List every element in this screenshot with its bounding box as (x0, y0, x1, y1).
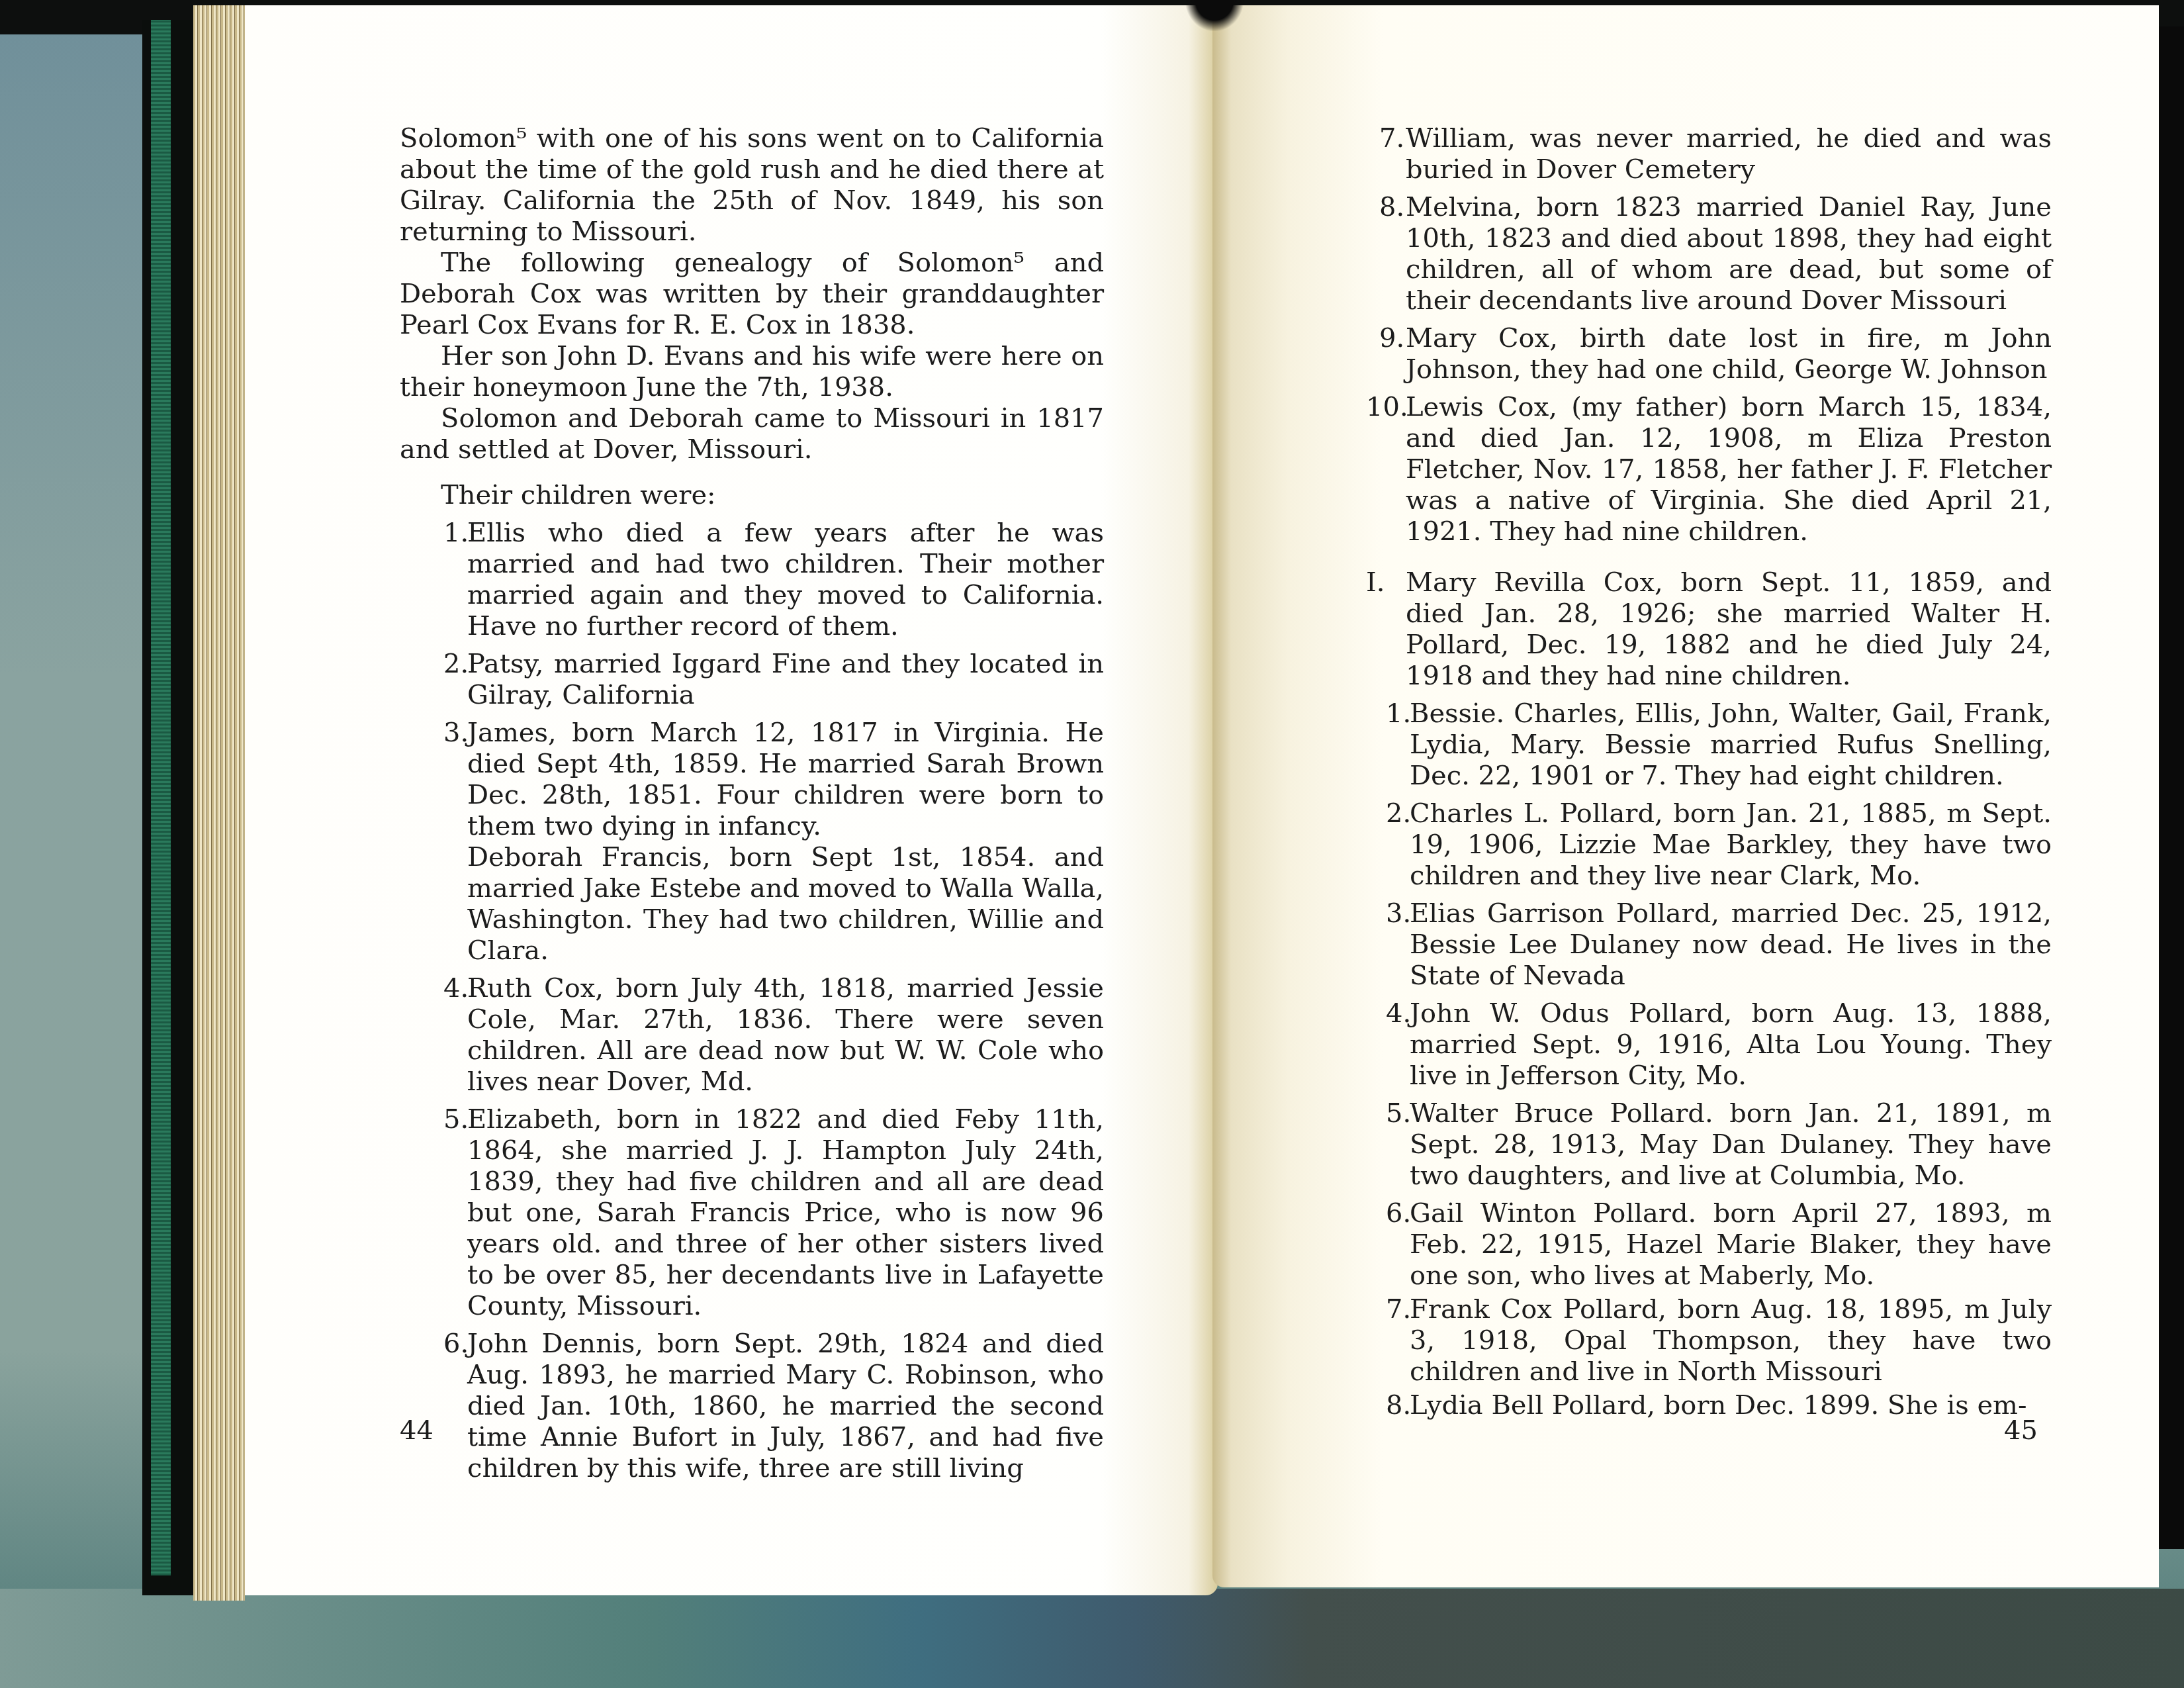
item-text: Mary Cox, birth date lost in fire, m Joh… (1406, 323, 2052, 385)
item-number: 6. (443, 1329, 469, 1360)
page-number: 45 (2004, 1415, 2038, 1446)
section-entry: I. Mary Revilla Cox, born Sept. 11, 1859… (1366, 567, 2052, 692)
item-number: 5. (1386, 1098, 1411, 1129)
intro-paragraph-3: Her son John D. Evans and his wife were … (400, 341, 1104, 403)
children-list-continued: 7. William, was never married, he died a… (1366, 123, 2052, 547)
list-item: 3. Elias Garrison Pollard, married Dec. … (1386, 898, 2052, 992)
book-gutter-shadow (1185, 0, 1244, 32)
left-page-text: Solomon⁵ with one of his sons went on to… (400, 123, 1104, 1484)
item-text: Patsy, married Iggard Fine and they loca… (467, 649, 1104, 711)
item-number: 3. (1386, 898, 1411, 929)
item-text: Elizabeth, born in 1822 and died Feby 11… (467, 1104, 1104, 1322)
item-text: James, born March 12, 1817 in Virginia. … (467, 718, 1104, 842)
left-page: Solomon⁵ with one of his sons went on to… (245, 5, 1218, 1595)
item-number: 4. (443, 973, 469, 1004)
item-number: 8. (1386, 1390, 1411, 1421)
right-page: 7. William, was never married, he died a… (1212, 5, 2159, 1587)
item-sub-paragraph: Deborah Francis, born Sept 1st, 1854. an… (467, 842, 1104, 966)
item-text: Charles L. Pollard, born Jan. 21, 1885, … (1410, 798, 2052, 892)
page-stack-edge (193, 5, 245, 1601)
list-item: 4. Ruth Cox, born July 4th, 1818, marrie… (443, 973, 1104, 1098)
item-text: John Dennis, born Sept. 29th, 1824 and d… (467, 1329, 1104, 1484)
list-item: 6. Gail Winton Pollard. born April 27, 1… (1386, 1198, 2052, 1291)
item-number: 1. (1386, 698, 1411, 729)
item-text: Elias Garrison Pollard, married Dec. 25,… (1410, 898, 2052, 992)
item-number: 2. (443, 649, 469, 680)
item-text: Gail Winton Pollard. born April 27, 1893… (1410, 1198, 2052, 1291)
item-text: William, was never married, he died and … (1406, 123, 2052, 185)
item-text: Lydia Bell Pollard, born Dec. 1899. She … (1410, 1390, 2052, 1421)
item-number: 2. (1386, 798, 1411, 829)
item-text: Bessie. Charles, Ellis, John, Walter, Ga… (1410, 698, 2052, 792)
item-text: Walter Bruce Pollard. born Jan. 21, 1891… (1410, 1098, 2052, 1192)
children-heading: Their children were: (400, 480, 1104, 511)
item-number: 10. (1366, 392, 1408, 423)
list-item: 1. Ellis who died a few years after he w… (443, 518, 1104, 642)
list-item: 8. Melvina, born 1823 married Daniel Ray… (1366, 192, 2052, 316)
item-text: Ruth Cox, born July 4th, 1818, married J… (467, 973, 1104, 1098)
list-item: 5. Walter Bruce Pollard. born Jan. 21, 1… (1386, 1098, 2052, 1192)
list-item: 1. Bessie. Charles, Ellis, John, Walter,… (1386, 698, 2052, 792)
item-number: 1. (443, 518, 469, 549)
item-number: 4. (1386, 998, 1411, 1029)
scanner-background-bottom (0, 1589, 2184, 1688)
list-item: 7. William, was never married, he died a… (1366, 123, 2052, 185)
page-number: 44 (400, 1415, 433, 1446)
list-item: 4. John W. Odus Pollard, born Aug. 13, 1… (1386, 998, 2052, 1092)
item-number: 3. (443, 718, 469, 749)
section-numeral: I. (1366, 567, 1385, 598)
grandchildren-list: 1. Bessie. Charles, Ellis, John, Walter,… (1366, 698, 2052, 1421)
list-item: 8. Lydia Bell Pollard, born Dec. 1899. S… (1386, 1390, 2052, 1421)
list-item: 6. John Dennis, born Sept. 29th, 1824 an… (443, 1329, 1104, 1484)
item-number: 5. (443, 1104, 469, 1135)
intro-paragraph-4: Solomon and Deborah came to Missouri in … (400, 403, 1104, 465)
book-spine-green-cloth (151, 20, 171, 1575)
item-number: 9. (1379, 323, 1404, 354)
right-page-text: 7. William, was never married, he died a… (1366, 123, 2052, 1421)
intro-paragraph-2: The following genealogy of Solomon⁵ and … (400, 248, 1104, 341)
list-item: 2. Patsy, married Iggard Fine and they l… (443, 649, 1104, 711)
item-text: Frank Cox Pollard, born Aug. 18, 1895, m… (1410, 1294, 2052, 1387)
item-text: John W. Odus Pollard, born Aug. 13, 1888… (1410, 998, 2052, 1092)
item-number: 8. (1379, 192, 1404, 223)
item-number: 6. (1386, 1198, 1411, 1229)
section-text: Mary Revilla Cox, born Sept. 11, 1859, a… (1395, 567, 2052, 692)
children-list: 1. Ellis who died a few years after he w… (400, 518, 1104, 1484)
item-number: 7. (1386, 1294, 1411, 1325)
intro-paragraph-1: Solomon⁵ with one of his sons went on to… (400, 123, 1104, 248)
item-text: Lewis Cox, (my father) born March 15, 18… (1406, 392, 2052, 547)
list-item: 5. Elizabeth, born in 1822 and died Feby… (443, 1104, 1104, 1322)
list-item: 7. Frank Cox Pollard, born Aug. 18, 1895… (1386, 1294, 2052, 1387)
list-item: 9. Mary Cox, birth date lost in fire, m … (1366, 323, 2052, 385)
item-number: 7. (1379, 123, 1404, 154)
item-text: Ellis who died a few years after he was … (467, 518, 1104, 642)
scanner-right-edge (2159, 26, 2184, 1549)
list-item: 2. Charles L. Pollard, born Jan. 21, 188… (1386, 798, 2052, 892)
item-text: Melvina, born 1823 married Daniel Ray, J… (1406, 192, 2052, 316)
list-item: 10. Lewis Cox, (my father) born March 15… (1366, 392, 2052, 547)
list-item: 3. James, born March 12, 1817 in Virgini… (443, 718, 1104, 966)
